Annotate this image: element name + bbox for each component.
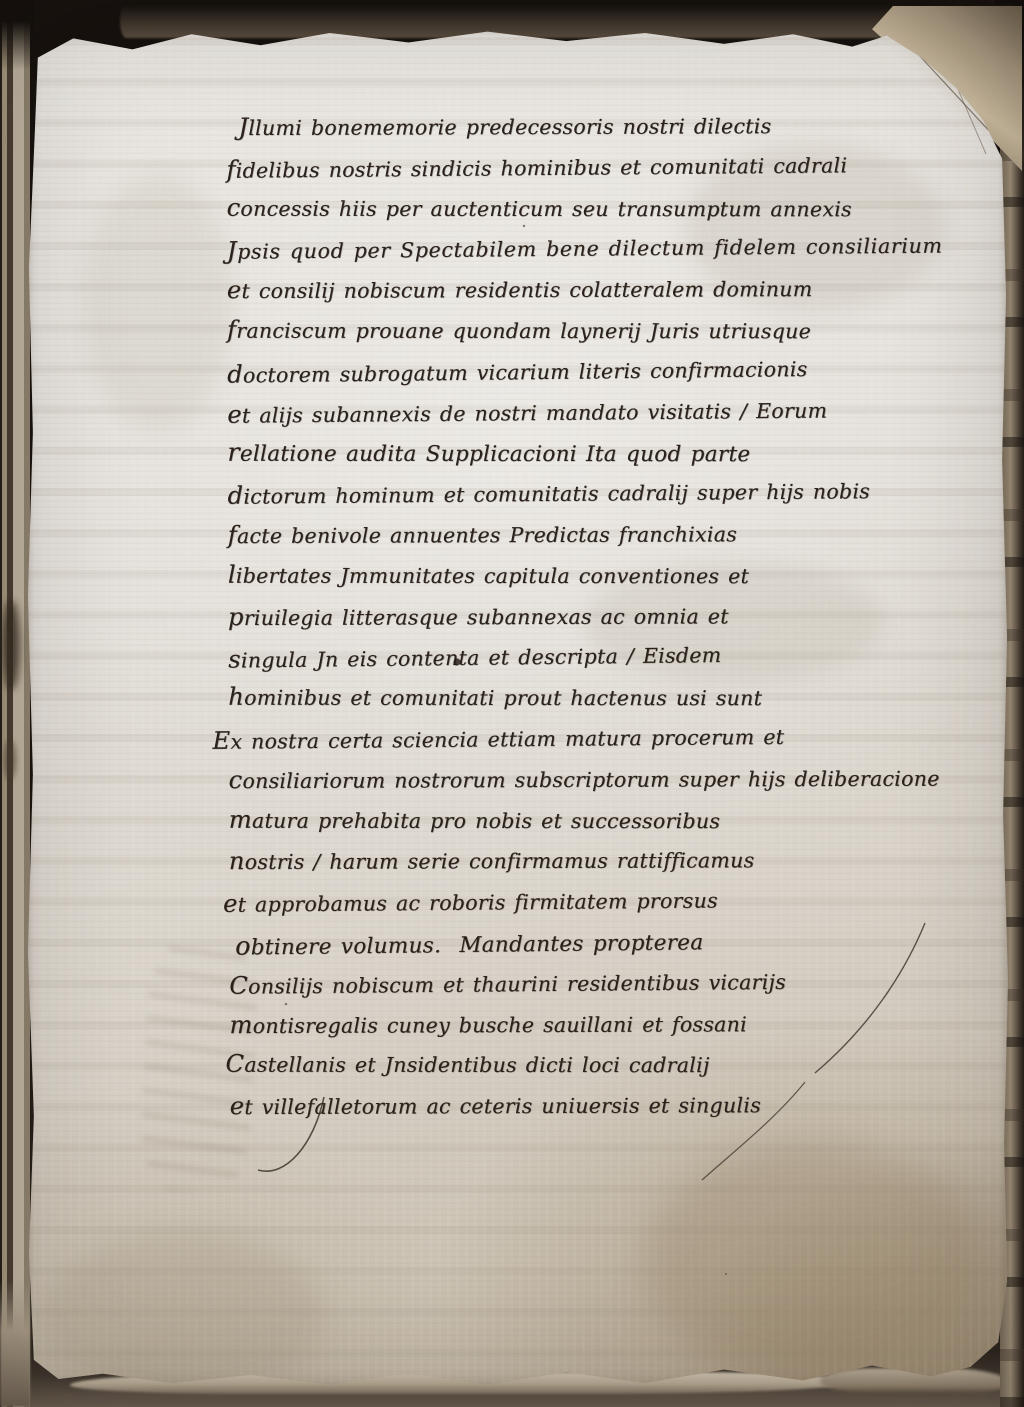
manuscript-page: Jllumi bonememorie predecessoris nostri …	[24, 22, 1010, 1390]
manuscript-photo: Jllumi bonememorie predecessoris nostri …	[0, 0, 1024, 1407]
binding-gutter	[0, 0, 30, 1407]
gutter-top-shadow	[0, 0, 34, 70]
stray-ink-strokes	[24, 22, 1010, 1390]
gutter-ink-stain	[2, 600, 20, 690]
gutter-ink-stain-small	[4, 740, 16, 780]
gutter-bottom-highlight	[0, 1280, 30, 1407]
